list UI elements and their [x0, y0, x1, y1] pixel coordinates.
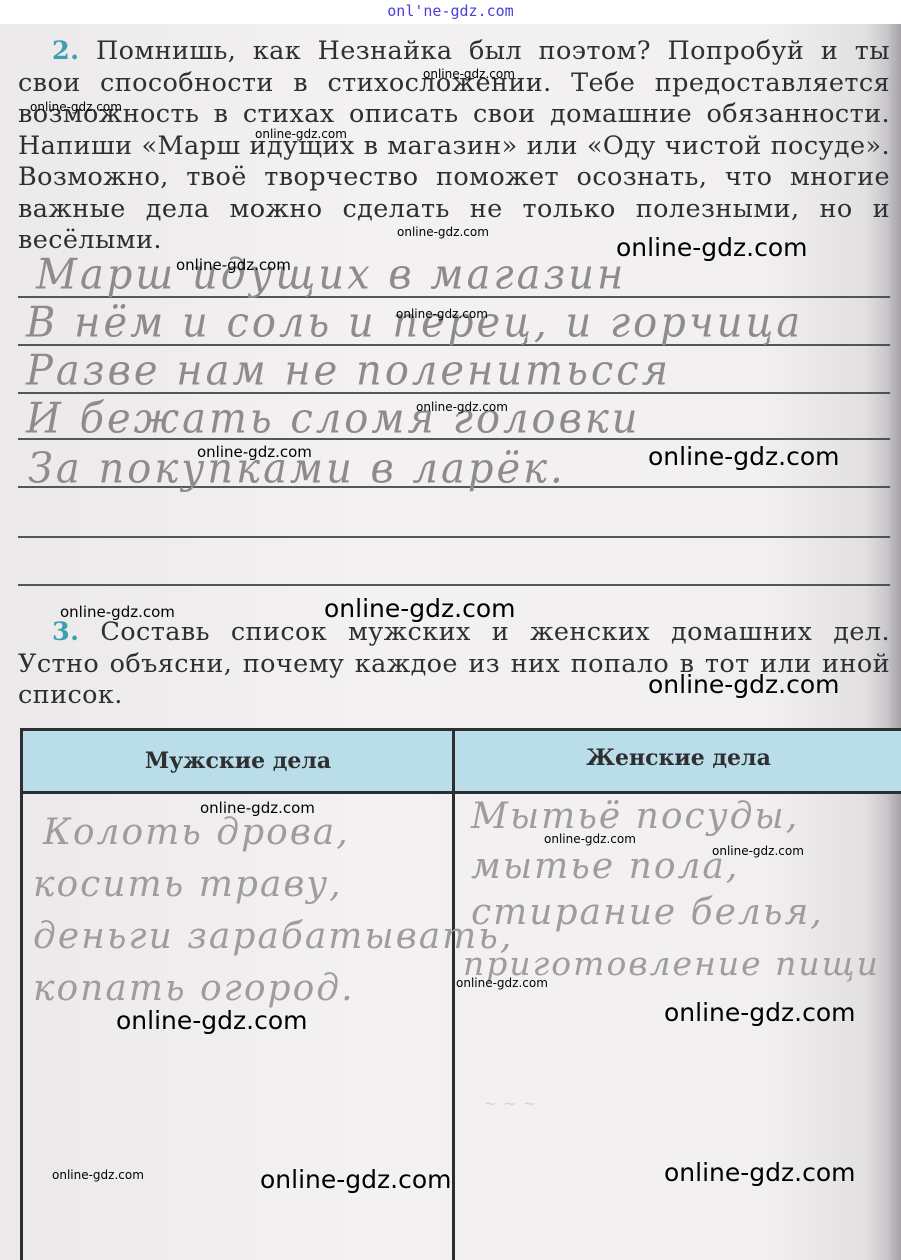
watermark: online-gdz.com	[260, 1167, 451, 1192]
watermark: online-gdz.com	[60, 605, 175, 620]
ruled-line	[18, 536, 890, 538]
watermark: online-gdz.com	[544, 833, 636, 845]
header-women-chores: Женские дела	[456, 731, 901, 791]
watermark: online-gdz.com	[416, 401, 508, 413]
watermark: online-gdz.com	[397, 226, 489, 238]
watermark: online-gdz.com	[423, 68, 515, 80]
watermark: online-gdz.com	[456, 977, 548, 989]
watermark: online-gdz.com	[712, 845, 804, 857]
watermark: online-gdz.com	[116, 1008, 307, 1033]
watermark: online-gdz.com	[197, 445, 312, 460]
men-chore-item: копать огород.	[33, 968, 355, 1009]
task-3-number: 3.	[52, 617, 79, 647]
watermark: online-gdz.com	[648, 444, 839, 469]
watermark: online-gdz.com	[664, 1000, 855, 1025]
women-chore-item: мытье пола,	[471, 846, 739, 887]
men-chore-item: деньги зарабатывать,	[33, 916, 513, 957]
handwritten-line: Марш идущих в магазин	[36, 251, 626, 299]
men-chore-item: косить траву,	[33, 864, 343, 905]
watermark: online-gdz.com	[616, 235, 807, 260]
task-2-number: 2.	[52, 36, 79, 66]
watermark: online-gdz.com	[324, 596, 515, 621]
watermark: online-gdz.com	[664, 1160, 855, 1185]
ruled-line	[18, 584, 890, 586]
handwritten-line: И бежать сломя головки	[26, 395, 641, 443]
watermark: online-gdz.com	[648, 672, 839, 697]
women-chore-item: Мытьё посуды,	[471, 796, 799, 837]
watermark: online-gdz.com	[396, 308, 488, 320]
show-through-text: ~ ~ ~	[483, 1094, 537, 1114]
women-chore-item: стирание белья,	[471, 892, 824, 933]
watermark: online-gdz.com	[52, 1169, 144, 1181]
site-watermark-top[interactable]: onl'ne-gdz.com	[0, 2, 901, 20]
watermark: online-gdz.com	[30, 101, 122, 113]
watermark: online-gdz.com	[176, 258, 291, 273]
watermark: online-gdz.com	[200, 801, 315, 816]
table-header: Мужские дела Женские дела	[23, 731, 901, 794]
handwritten-line: Разве нам не поленитьсся	[26, 347, 671, 395]
header-men-chores: Мужские дела	[23, 731, 453, 791]
watermark: online-gdz.com	[255, 128, 347, 140]
men-chore-item: Колоть дрова,	[43, 812, 350, 853]
